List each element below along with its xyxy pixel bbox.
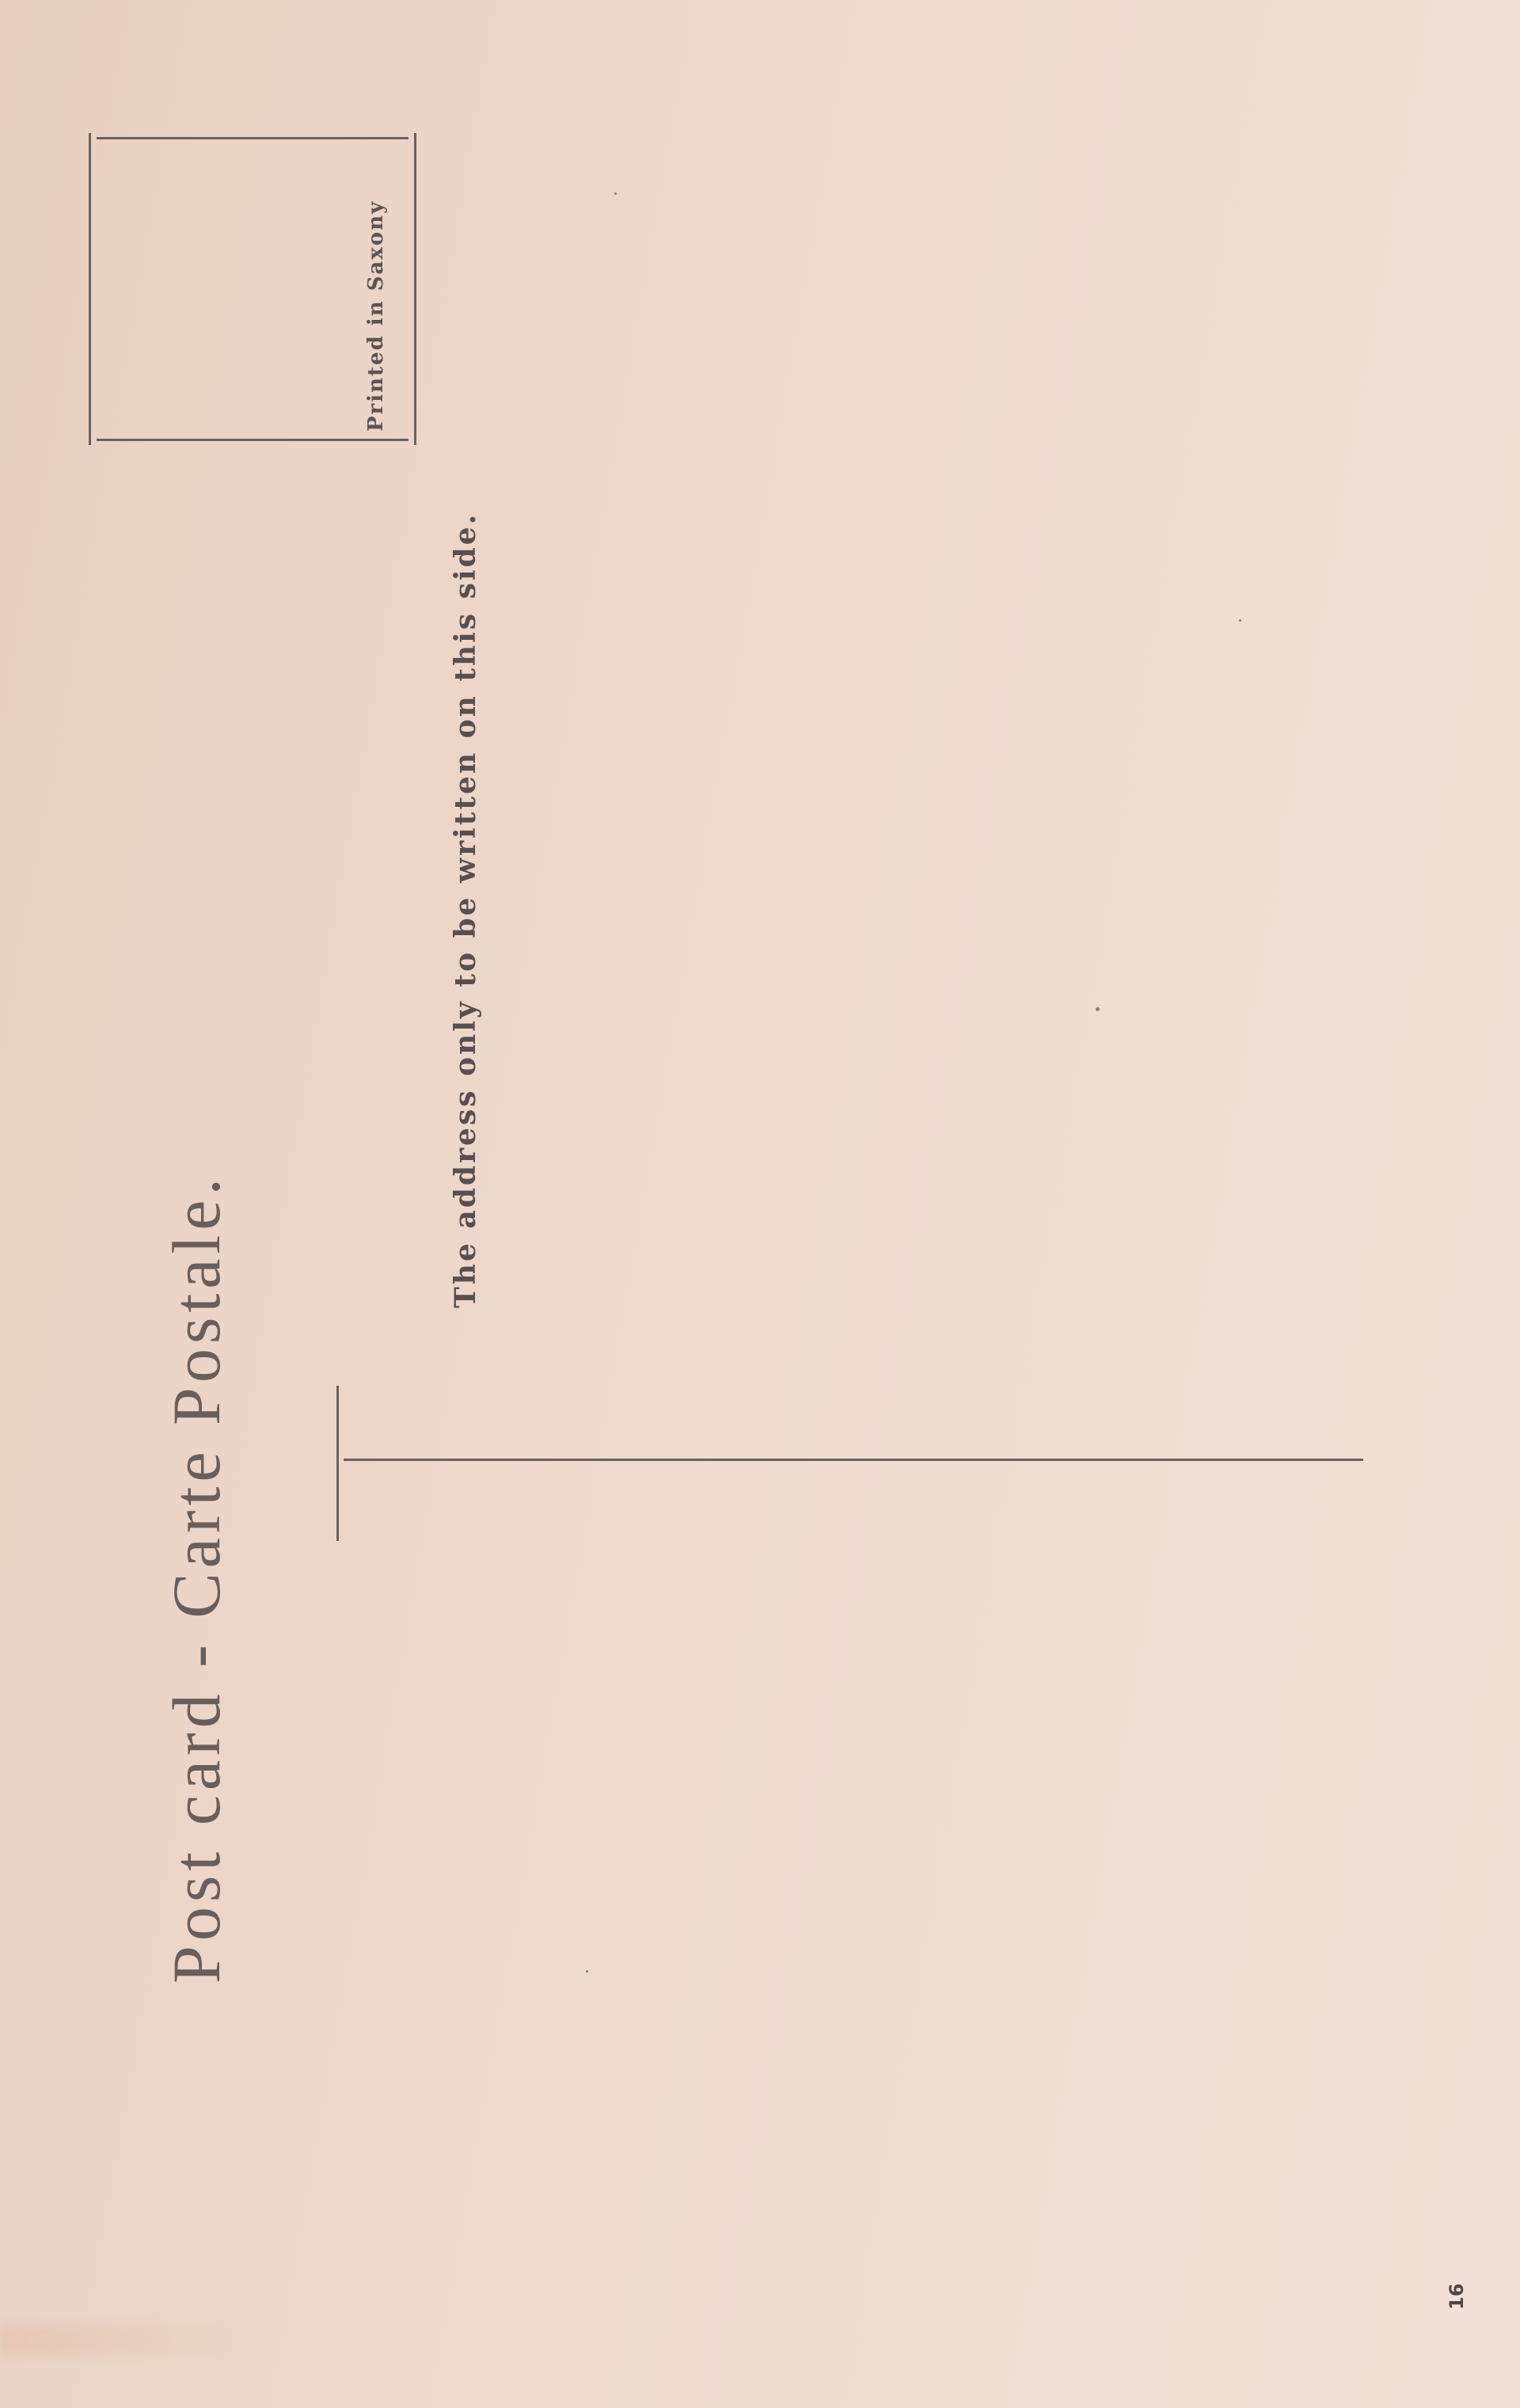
postcard-back: Printed in Saxony Post card - Carte Post…	[0, 0, 1520, 2408]
stamp-box-top-border	[97, 137, 408, 139]
stamp-box-bottom-border	[97, 439, 408, 441]
stamp-box-right-border	[414, 133, 416, 445]
card-number: 16	[1447, 2284, 1466, 2310]
vertical-divider	[336, 1386, 339, 1541]
paper-speck	[614, 192, 617, 195]
address-instruction: The address only to be written on this s…	[448, 512, 483, 1308]
printed-in-label: Printed in Saxony	[363, 200, 389, 432]
paper-stain	[0, 2324, 253, 2356]
postcard-title: Post card - Carte Postale.	[162, 1174, 230, 1984]
paper-speck	[586, 1970, 588, 1972]
stamp-box-left-border	[89, 133, 91, 445]
paper-speck	[1096, 1007, 1100, 1011]
horizontal-divider	[344, 1459, 1363, 1461]
paper-speck	[1239, 619, 1241, 622]
